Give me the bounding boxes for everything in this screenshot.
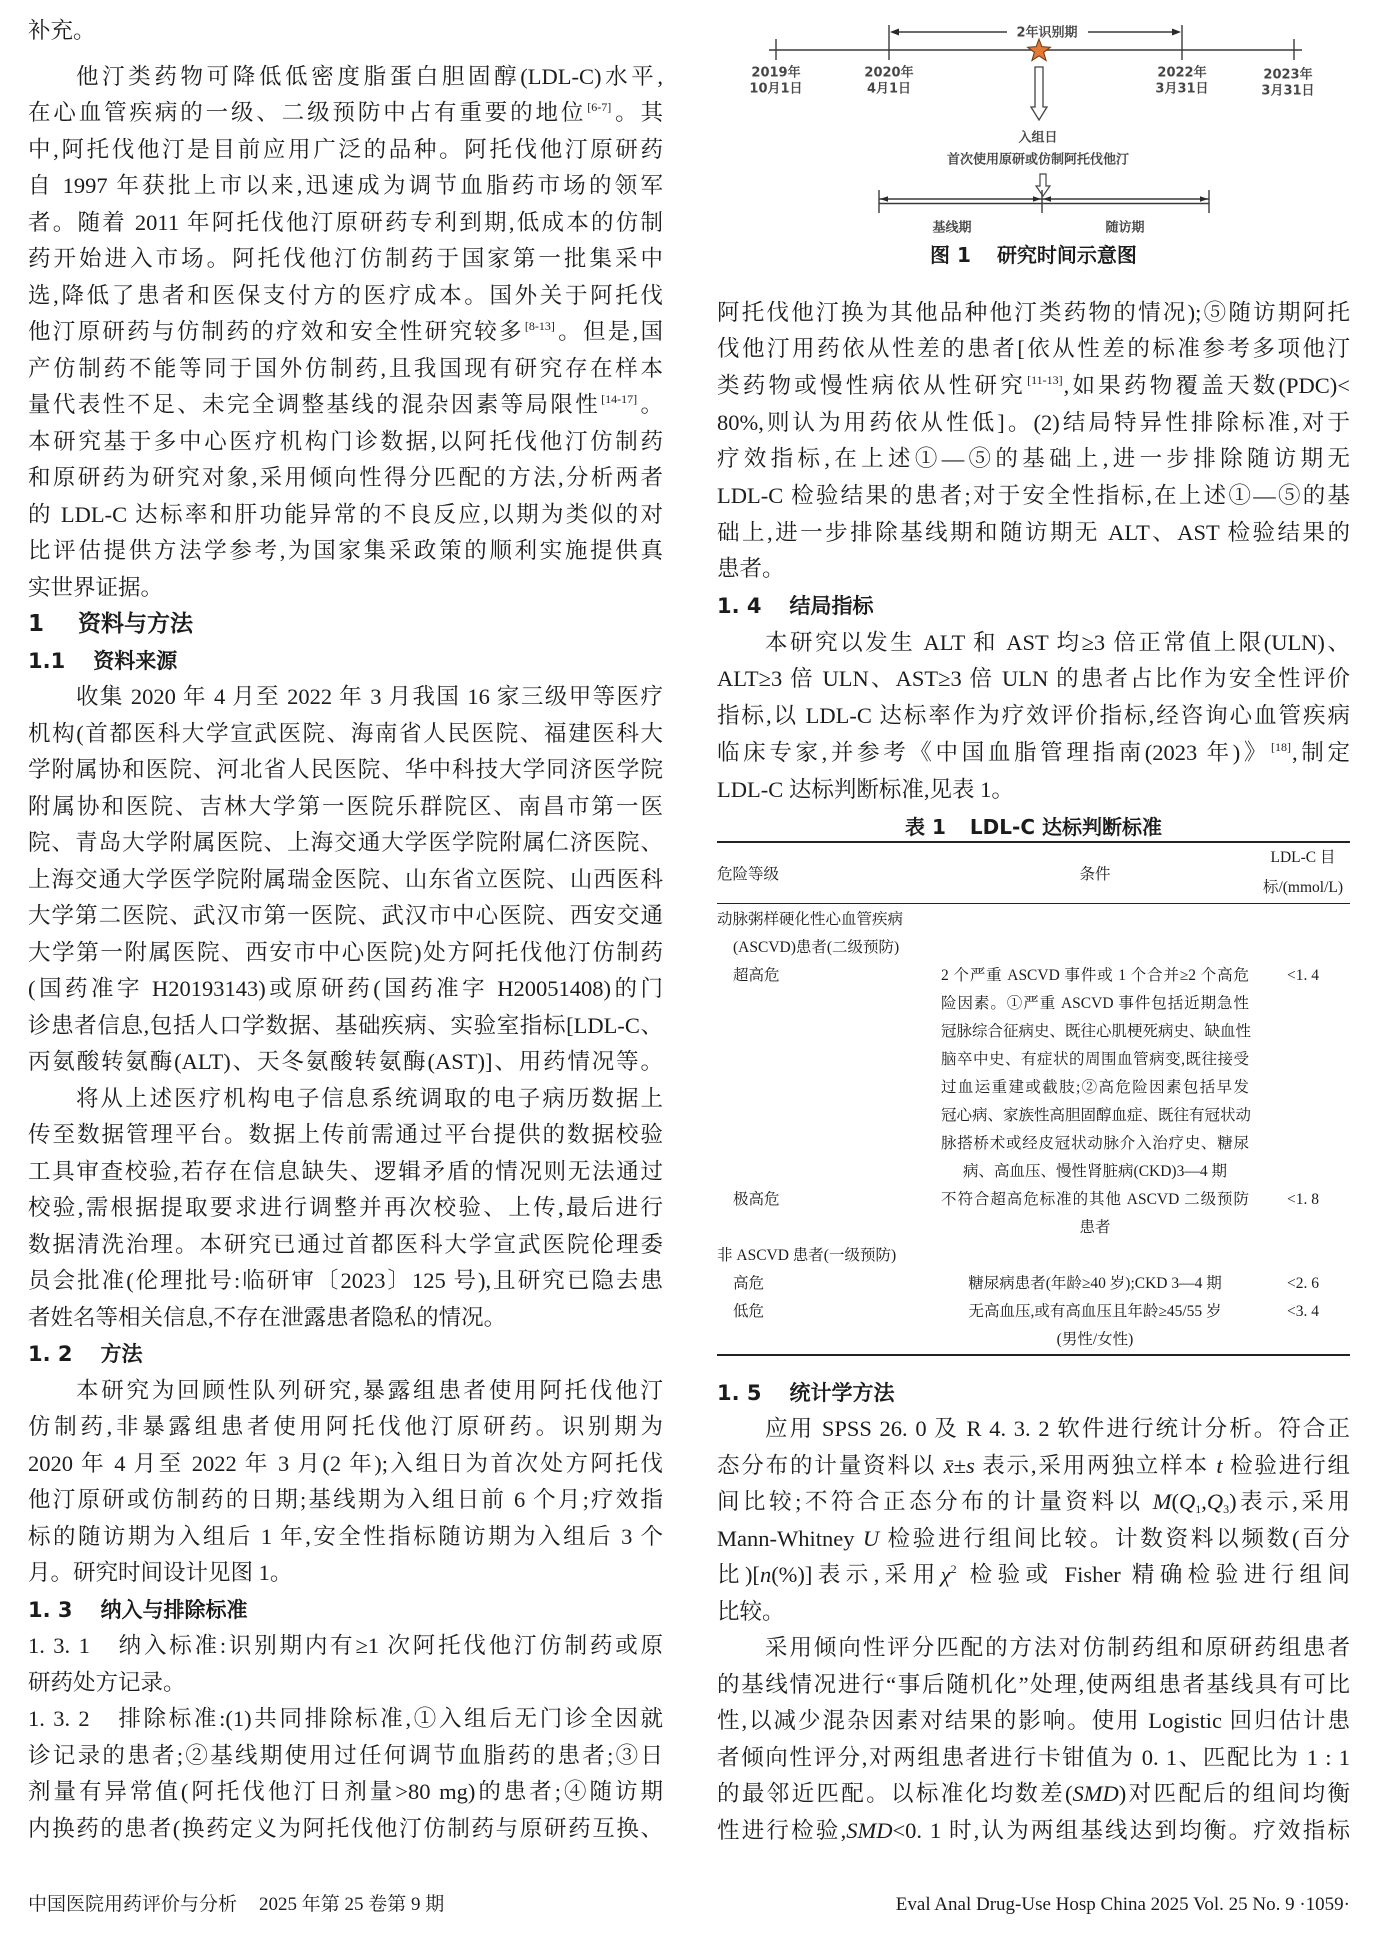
condition-line: 不符合超高危标准的其他 ASCVD 二级预防	[934, 1186, 1256, 1214]
subsection-title: 统计学方法	[790, 1381, 895, 1405]
group-label-line: (ASCVD)患者(二级预防)	[717, 934, 1350, 962]
text-line: 员会批准(伦理批号:临研审〔2023〕125 号),且研究已隐去患	[28, 1263, 663, 1300]
condition-line: 险因素。①严重 ASCVD 事件包括近期急性	[934, 990, 1256, 1018]
paragraph-last-line: 比较。	[717, 1594, 1350, 1631]
text-line: 数据清洗治理。本研究已通过首都医科大学宣武医院伦理委	[28, 1227, 663, 1264]
risk-level-cell: 超高危	[717, 962, 934, 1186]
table-row: 高危 糖尿病患者(年龄≥40 岁);CKD 3—4 期 <2. 6	[717, 1270, 1350, 1298]
ldl-target-value: <3. 4	[1256, 1298, 1350, 1326]
text-line: 院、青岛大学附属医院、上海交通大学医学院附属仁济医院、	[28, 825, 663, 862]
text-segment: 间比较;不符合正态分布的计量资料以	[717, 1489, 1153, 1514]
subsection-title: 纳入与排除标准	[101, 1598, 248, 1622]
text-segment: 的最邻近匹配。以标准化均数差(	[717, 1781, 1073, 1806]
table-title: 表 1LDL-C 达标判断标准	[717, 812, 1350, 842]
text-line: 者倾向性评分,对两组患者进行卡钳值为 0. 1、匹配比为 1 : 1	[717, 1740, 1350, 1777]
text-line: 本研究基于多中心医疗机构门诊数据,以阿托伐他汀仿制药	[28, 424, 663, 461]
text-line: 补充。	[28, 13, 663, 50]
issue-info-cn: 2025 年第 25 卷第 9 期	[259, 1894, 444, 1915]
text-line: 仿制药,非暴露组患者使用阿托伐他汀原研药。识别期为	[28, 1409, 663, 1446]
text-line: 学附属协和医院、河北省人民医院、华中科技大学同济医学院	[28, 752, 663, 789]
risk-level: 超高危	[733, 962, 934, 990]
text-line: 校验,需根据提取要求进行调整并再次校验、上传,最后进行	[28, 1190, 663, 1227]
risk-level-cell: 高危	[717, 1270, 934, 1298]
group-label-line: 非 ASCVD 患者(一级预防)	[717, 1242, 1350, 1270]
risk-level-cell: 极高危	[717, 1186, 934, 1242]
condition-cell: 糖尿病患者(年龄≥40 岁);CKD 3—4 期	[934, 1270, 1256, 1298]
paper-page: 补充。 他汀类药物可降低低密度脂蛋白胆固醇(LDL-C)水平, 在心血管疾病的一…	[0, 0, 1375, 1940]
condition-line: 冠心病、家族性高胆固醇血症、既往有冠状动	[934, 1102, 1256, 1130]
text-line: 自 1997 年获批上市以来,迅速成为调节血脂药市场的领军	[28, 168, 663, 205]
text-segment: 检验进行组间比较。计数资料以频数(百分	[879, 1526, 1350, 1551]
text-line: 的 LDL-C 达标率和肝功能异常的不良反应,以期为类似的对	[28, 497, 663, 534]
subsection-heading: 1.1资料来源	[28, 643, 663, 680]
text-segment: 他汀原研药与仿制药的疗效和安全性研究较多	[28, 319, 524, 344]
text-line: 的基线情况进行“事后随机化”处理,使两组患者基线具有可比	[717, 1667, 1350, 1704]
footer-left: 中国医院用药评价与分析2025 年第 25 卷第 9 期	[28, 1893, 444, 1917]
table-row: 极高危 不符合超高危标准的其他 ASCVD 二级预防 患者 <1. 8	[717, 1186, 1350, 1242]
text-line: 上海交通大学医学院附属瑞金医院、山东省立医院、山西医科	[28, 862, 663, 899]
citation: [6-7]	[587, 100, 611, 114]
left-column: 他汀类药物可降低低密度脂蛋白胆固醇(LDL-C)水平, 在心血管疾病的一级、二级…	[28, 59, 663, 1848]
paragraph-last-line: 者姓名等相关信息,不存在泄露患者隐私的情况。	[28, 1300, 663, 1337]
text-segment: Mann-Whitney	[717, 1526, 863, 1551]
text-line: 大学第二医院、武汉市第一医院、武汉市中心医院、西安交通	[28, 898, 663, 935]
text-segment: )表示,采用	[1229, 1489, 1350, 1514]
text-line: 性进行检验,SMD<0. 1 时,认为两组基线达到均衡。疗效指标	[717, 1813, 1350, 1850]
subsection-number: 1. 2	[28, 1342, 73, 1366]
citation: [8-13]	[525, 319, 555, 333]
text-line: 态分布的计量资料以 x̄±s 表示,采用两独立样本 t 检验进行组	[717, 1448, 1350, 1485]
target-cell: <1. 8	[1256, 1186, 1350, 1242]
paragraph-first-line: 收集 2020 年 4 月至 2022 年 3 月我国 16 家三级甲等医疗	[28, 679, 663, 716]
text-line: 在心血管疾病的一级、二级预防中占有重要的地位[6-7]。其	[28, 95, 663, 132]
text-line: 比)[n(%)]表示,采用χ2 检验或 Fisher 精确检验进行组间	[717, 1557, 1350, 1594]
risk-level: 低危	[733, 1298, 934, 1326]
subsection-heading: 1. 3纳入与排除标准	[28, 1592, 663, 1629]
inclusion-criteria-line: 1. 3. 1纳入标准:识别期内有≥1 次阿托伐他汀仿制药或原	[28, 1628, 663, 1665]
group-label-line: 动脉粥样硬化性心血管疾病	[717, 906, 1350, 934]
text-line: 他汀原研药与仿制药的疗效和安全性研究较多[8-13]。但是,国	[28, 314, 663, 351]
text-segment: )对匹配后的组间均衡	[1119, 1781, 1350, 1806]
text-segment: 排除标准:(1)共同排除标准,①入组后无门诊全因就	[116, 1706, 663, 1731]
condition-line: 糖尿病患者(年龄≥40 岁);CKD 3—4 期	[934, 1270, 1256, 1298]
paragraph-first-line: 他汀类药物可降低低密度脂蛋白胆固醇(LDL-C)水平,	[28, 59, 663, 96]
condition-line: 脑卒中史、有症状的周围血管病变,既往接受	[934, 1046, 1256, 1074]
text-segment: 量代表性不足、未完全调整基线的混杂因素等局限性	[28, 392, 600, 417]
math-median: M	[1153, 1489, 1172, 1514]
exclusion-criteria-line: 1. 3. 2排除标准:(1)共同排除标准,①入组后无门诊全因就	[28, 1701, 663, 1738]
section-heading: 1资料与方法	[28, 606, 663, 643]
text-segment: 。其	[612, 100, 663, 125]
section-title: 资料与方法	[78, 611, 193, 637]
text-line: 药开始进入市场。阿托伐他汀仿制药于国家第一批集采中	[28, 241, 663, 278]
clause-number: 1. 3. 1	[28, 1633, 90, 1658]
text-line: 附属协和医院、吉林大学第一医院乐群院区、南昌市第一医	[28, 789, 663, 826]
subsection-number: 1. 3	[28, 1598, 73, 1622]
condition-line: 过血运重建或截肢;②高危险因素包括早发	[934, 1074, 1256, 1102]
condition-line: 病、高血压、慢性肾脏病(CKD)3—4 期	[934, 1158, 1256, 1186]
text-line: 间比较;不符合正态分布的计量资料以 M(Q1,Q3)表示,采用	[717, 1484, 1350, 1521]
math-chi: χ	[941, 1562, 951, 1587]
paragraph-last-line: 月。研究时间设计见图 1。	[28, 1555, 663, 1592]
ldl-target-value: <2. 6	[1256, 1270, 1350, 1298]
page-number: ·1059·	[1299, 1894, 1350, 1915]
table-header-rule	[717, 903, 1350, 904]
ldl-target-value: <1. 4	[1256, 962, 1350, 990]
header-ldl-target-line1: LDL-C 目	[1256, 843, 1350, 873]
math-smd: SMD	[1073, 1781, 1119, 1806]
math-quartile: Q	[1207, 1489, 1223, 1514]
risk-level: 极高危	[733, 1186, 934, 1214]
text-line: 内换药的患者(换药定义为阿托伐他汀仿制药与原研药互换、	[28, 1811, 663, 1848]
table-body: 动脉粥样硬化性心血管疾病 (ASCVD)患者(二级预防) 超高危 2 个严重 A…	[717, 906, 1350, 1354]
header-condition: 条件	[934, 862, 1256, 884]
text-line: 和原研药为研究对象,采用倾向性得分匹配的方法,分析两者	[28, 460, 663, 497]
text-segment: <0. 1 时,认为两组基线达到均衡。疗效指标	[892, 1818, 1350, 1843]
citation: [14-17]	[601, 392, 637, 406]
subsection-heading: 1. 5统计学方法	[717, 1375, 1350, 1412]
condition-line: 2 个严重 ASCVD 事件或 1 个合并≥2 个高危	[934, 962, 1256, 990]
table-ldl-c-criteria: 表 1LDL-C 达标判断标准 危险等级 条件 LDL-C 目 标/(mmol/…	[717, 0, 1350, 1360]
superscript: 2	[951, 1562, 957, 1576]
subsection-heading: 1. 2方法	[28, 1336, 663, 1373]
condition-line: 冠脉综合征病史、既往心肌梗死病史、缺血性	[934, 1018, 1256, 1046]
text-line: 性,以减少混杂因素对结果的影响。使用 Logistic 回归估计患	[717, 1703, 1350, 1740]
target-cell: <2. 6	[1256, 1270, 1350, 1298]
text-line: 者。随着 2011 年阿托伐他汀原研药专利到期,低成本的仿制	[28, 205, 663, 242]
text-segment: 检验或 Fisher 精确检验进行组间	[959, 1562, 1350, 1587]
paragraph-first-line: 本研究为回顾性队列研究,暴露组患者使用阿托伐他汀	[28, 1373, 663, 1410]
text-line: 中,阿托伐他汀是目前应用广泛的品种。阿托伐他汀原研药	[28, 132, 663, 169]
footer-right: Eval Anal Drug-Use Hosp China 2025 Vol. …	[896, 1893, 1350, 1917]
text-line: Mann-Whitney U 检验进行组间比较。计数资料以频数(百分	[717, 1521, 1350, 1558]
condition-cell: 2 个严重 ASCVD 事件或 1 个合并≥2 个高危 险因素。①严重 ASCV…	[934, 962, 1256, 1186]
text-segment: 。但是,国	[556, 319, 663, 344]
clause-number: 1. 3. 2	[28, 1706, 90, 1731]
table-group-label: 非 ASCVD 患者(一级预防)	[717, 1242, 1350, 1270]
math-n: n	[760, 1562, 771, 1587]
text-segment: 表示,采用两独立样本	[975, 1453, 1217, 1478]
condition-line: 患者	[934, 1214, 1256, 1242]
condition-line: (男性/女性)	[934, 1326, 1256, 1354]
text-segment: 。	[638, 392, 663, 417]
paragraph-first-line: 将从上述医疗机构电子信息系统调取的电子病历数据上	[28, 1081, 663, 1118]
target-cell: <1. 4	[1256, 962, 1350, 1186]
text-line: 他汀原研或仿制药的日期;基线期为入组日前 6 个月;疗效指	[28, 1482, 663, 1519]
header-ldl-target-line2: 标/(mmol/L)	[1256, 873, 1350, 903]
text-line: (国药准字 H20193143)或原研药(国药准字 H20051408)的门	[28, 971, 663, 1008]
target-cell: <3. 4	[1256, 1298, 1350, 1354]
paragraph-first-line: 采用倾向性评分匹配的方法对仿制药组和原研药组患者	[717, 1630, 1350, 1667]
text-segment: (%)]表示,采用	[771, 1562, 941, 1587]
paragraph-last-line: 研药处方记录。	[28, 1665, 663, 1702]
text-line: 2020 年 4 月至 2022 年 3 月(2 年);入组日为首次处方阿托伐	[28, 1446, 663, 1483]
math-mean-sd: x̄±s	[944, 1453, 975, 1478]
text-line: 量代表性不足、未完全调整基线的混杂因素等局限性[14-17]。	[28, 387, 663, 424]
text-line: 比评估提供方法学参考,为国家集采政策的顺利实施提供真	[28, 533, 663, 570]
text-line: 诊患者信息,包括人口学数据、基础疾病、实验室指标[LDL-C、	[28, 1008, 663, 1045]
condition-cell: 无高血压,或有高血压且年龄≥45/55 岁 (男性/女性)	[934, 1298, 1256, 1354]
math-quartile: Q	[1179, 1489, 1195, 1514]
math-smd: SMD	[846, 1818, 892, 1843]
text-segment: 比)[	[717, 1562, 760, 1587]
table-row: 超高危 2 个严重 ASCVD 事件或 1 个合并≥2 个高危 险因素。①严重 …	[717, 962, 1350, 1186]
table-header-row: 危险等级 条件 LDL-C 目 标/(mmol/L)	[717, 843, 1350, 903]
text-line: 传至数据管理平台。数据上传前需通过平台提供的数据校验	[28, 1117, 663, 1154]
table-title-text: LDL-C 达标判断标准	[970, 815, 1162, 839]
text-line: 产仿制药不能等同于国外仿制药,且我国现有研究存在样本	[28, 351, 663, 388]
table-group-label: 动脉粥样硬化性心血管疾病 (ASCVD)患者(二级预防)	[717, 906, 1350, 962]
text-line: 选,降低了患者和医保支付方的医疗成本。国外关于阿托伐	[28, 278, 663, 315]
condition-line: 脉搭桥术或经皮冠状动脉介入治疗史、糖尿	[934, 1130, 1256, 1158]
right-column-bottom: 1. 5统计学方法 应用 SPSS 26. 0 及 R 4. 3. 2 软件进行…	[717, 1375, 1350, 1850]
text-line: 的最邻近匹配。以标准化均数差(SMD)对匹配后的组间均衡	[717, 1776, 1350, 1813]
subsection-number: 1. 5	[717, 1381, 762, 1405]
paragraph-first-line: 应用 SPSS 26. 0 及 R 4. 3. 2 软件进行统计分析。符合正	[717, 1411, 1350, 1448]
condition-line: 无高血压,或有高血压且年龄≥45/55 岁	[934, 1298, 1256, 1326]
table-number: 表 1	[905, 815, 946, 839]
text-line: 标的随访期为入组后 1 年,安全性指标随访期为入组后 3 个	[28, 1519, 663, 1556]
text-line: 诊记录的患者;②基线期使用过任何调节血脂药的患者;③日	[28, 1738, 663, 1775]
section-number: 1	[28, 611, 44, 637]
text-line: 剂量有异常值(阿托伐他汀日剂量>80 mg)的患者;④随访期	[28, 1774, 663, 1811]
table-row: 低危 无高血压,或有高血压且年龄≥45/55 岁 (男性/女性) <3. 4	[717, 1298, 1350, 1354]
text-segment: 态分布的计量资料以	[717, 1453, 944, 1478]
risk-level: 高危	[733, 1270, 934, 1298]
text-line: 大学第一附属医院、西安市中心医院)处方阿托伐他汀仿制药	[28, 935, 663, 972]
text-segment: 在心血管疾病的一级、二级预防中占有重要的地位	[28, 100, 586, 125]
paragraph-last-line: 实世界证据。	[28, 570, 663, 607]
text-line: 工具审查校验,若存在信息缺失、逻辑矛盾的情况则无法通过	[28, 1154, 663, 1191]
condition-cell: 不符合超高危标准的其他 ASCVD 二级预防 患者	[934, 1186, 1256, 1242]
text-segment: (	[1172, 1489, 1180, 1514]
header-ldl-target: LDL-C 目 标/(mmol/L)	[1256, 843, 1350, 903]
risk-level-cell: 低危	[717, 1298, 934, 1354]
journal-name-cn: 中国医院用药评价与分析	[28, 1894, 237, 1915]
header-risk-level: 危险等级	[717, 862, 934, 884]
math-u: U	[863, 1526, 879, 1551]
table-bottom-rule	[717, 1354, 1350, 1356]
text-segment: 检验进行组	[1223, 1453, 1350, 1478]
left-column-top: 补充。	[28, 13, 663, 50]
text-segment: 纳入标准:识别期内有≥1 次阿托伐他汀仿制药或原	[116, 1633, 663, 1658]
text-segment: 性进行检验,	[717, 1818, 846, 1843]
ldl-target-value: <1. 8	[1256, 1186, 1350, 1214]
journal-name-en: Eval Anal Drug-Use Hosp China 2025 Vol. …	[896, 1894, 1295, 1915]
text-line: 机构(首都医科大学宣武医院、海南省人民医院、福建医科大	[28, 716, 663, 753]
subsection-title: 资料来源	[93, 649, 177, 673]
subsection-title: 方法	[101, 1342, 143, 1366]
paragraph-last-line: 丙氨酸转氨酶(ALT)、天冬氨酸转氨酶(AST)]、用药情况等。	[28, 1044, 663, 1081]
subsection-number: 1.1	[28, 649, 65, 673]
